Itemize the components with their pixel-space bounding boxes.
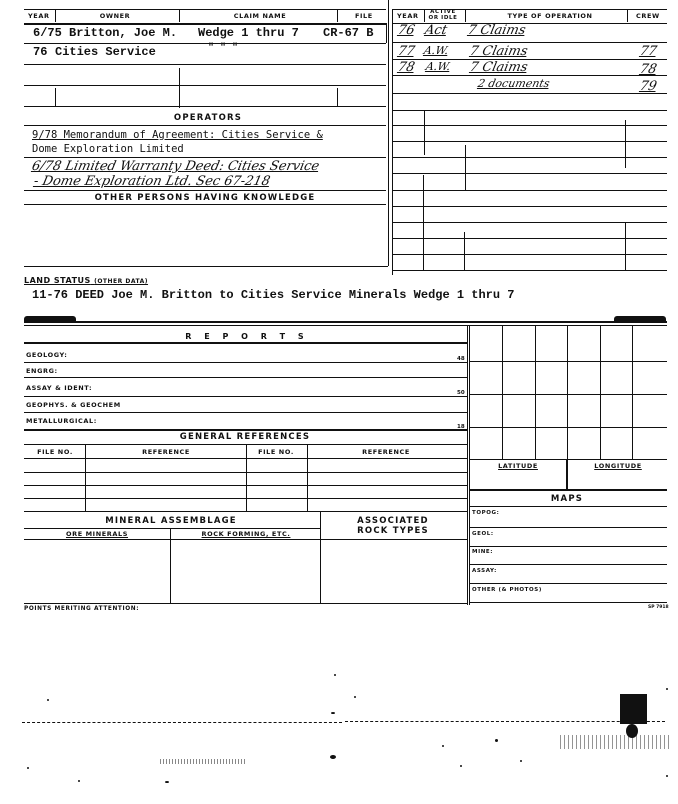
longitude-label: LONGITUDE: [594, 462, 642, 470]
header-type-of-operation: TYPE OF OPERATION: [507, 12, 592, 20]
general-references-title: GENERAL REFERENCES: [180, 432, 310, 442]
noise-cluster: [560, 735, 670, 749]
ref-header-file-no: FILE NO.: [258, 448, 294, 456]
operators-line: Dome Exploration Limited: [32, 143, 184, 155]
associated-rock-types-header: ASSOCIATED ROCK TYPES: [357, 516, 429, 536]
header-year: YEAR: [397, 12, 419, 20]
operation-year: 78: [396, 60, 416, 75]
claim-name: Wedge 1 thru 7: [198, 26, 299, 40]
mineral-assemblage-title: MINERAL ASSEMBLAGE: [105, 516, 237, 526]
claim-year: 76: [33, 45, 47, 59]
ref-header-reference: REFERENCE: [362, 448, 410, 456]
map-row-label: OTHER (& PHOTOS): [472, 587, 542, 593]
header-crew: CREW: [636, 12, 660, 20]
operators-line: 9/78 Memorandum of Agreement: Cities Ser…: [32, 129, 323, 141]
operation-crew: 79: [638, 79, 658, 94]
map-row-label: GEOL:: [472, 531, 494, 537]
noise-cluster: [160, 759, 245, 764]
operators-handwritten-line: - Dome Exploration Ltd. Sec 67-218: [32, 174, 271, 189]
points-meriting-attention-label: POINTS MERITING ATTENTION:: [24, 606, 139, 612]
operators-handwritten-line: 6/78 Limited Warranty Deed: Cities Servi…: [30, 159, 320, 174]
mine-record-card: YEAR OWNER CLAIM NAME FILE 6/75 Britton,…: [0, 0, 678, 804]
reports-title: R E P O R T S: [185, 332, 308, 341]
claim-year: 6/75: [33, 26, 62, 40]
operation-crew: 77: [638, 44, 658, 59]
operation-status: A.W.: [425, 60, 452, 73]
report-label: ENGRG:: [26, 367, 58, 375]
associated-label-line: ROCK TYPES: [357, 526, 429, 536]
header-active-or-idle: ACTIVE OR IDLE: [425, 9, 461, 21]
header-file: FILE: [355, 12, 373, 20]
operation-status: A.W.: [423, 44, 450, 57]
land-status-subtitle: (OTHER DATA): [94, 278, 148, 285]
associated-label-line: ASSOCIATED: [357, 516, 429, 526]
report-label: METALLURGICAL:: [26, 417, 97, 425]
report-label: ASSAY & IDENT:: [26, 384, 92, 392]
black-marker-square: [620, 694, 647, 724]
operation-year: 77: [396, 44, 416, 59]
land-status-title: LAND STATUS (OTHER DATA): [24, 276, 148, 285]
report-label: GEOPHYS. & GEOCHEM: [26, 401, 121, 409]
operators-title: OPERATORS: [174, 113, 242, 123]
operation-type: 7 Claims: [466, 23, 527, 38]
maps-title: MAPS: [551, 494, 583, 504]
map-row-label: TOPOG:: [472, 510, 499, 516]
latitude-label: LATITUDE: [498, 462, 538, 470]
map-row-label: ASSAY:: [472, 568, 497, 574]
form-number: SP 7918: [648, 605, 669, 610]
ore-minerals-header: ORE MINERALS: [66, 530, 128, 538]
header-year: YEAR: [28, 12, 50, 20]
ref-header-file-no: FILE NO.: [37, 448, 73, 456]
operation-type: 2 documents: [477, 77, 551, 90]
operation-year: 76: [396, 23, 416, 38]
land-status-label: LAND STATUS: [24, 276, 91, 285]
claim-owner: Cities Service: [55, 45, 156, 59]
land-status-entry: 11-76 DEED Joe M. Britton to Cities Serv…: [32, 288, 514, 302]
report-label: GEOLOGY:: [26, 351, 67, 359]
map-row-label: MINE:: [472, 549, 493, 555]
other-persons-title: OTHER PERSONS HAVING KNOWLEDGE: [95, 193, 316, 203]
rock-forming-header: ROCK FORMING, ETC.: [202, 530, 291, 538]
operation-type: 7 Claims: [468, 44, 529, 59]
claim-file: CR-67 B: [323, 26, 373, 40]
ref-header-reference: REFERENCE: [142, 448, 190, 456]
operation-type: 7 Claims: [468, 60, 529, 75]
header-claim-name: CLAIM NAME: [234, 12, 286, 20]
header-owner: OWNER: [100, 12, 131, 20]
claim-name: " " ": [208, 43, 238, 54]
claim-owner: Britton, Joe M.: [69, 26, 177, 40]
operation-status: Act: [423, 23, 448, 38]
